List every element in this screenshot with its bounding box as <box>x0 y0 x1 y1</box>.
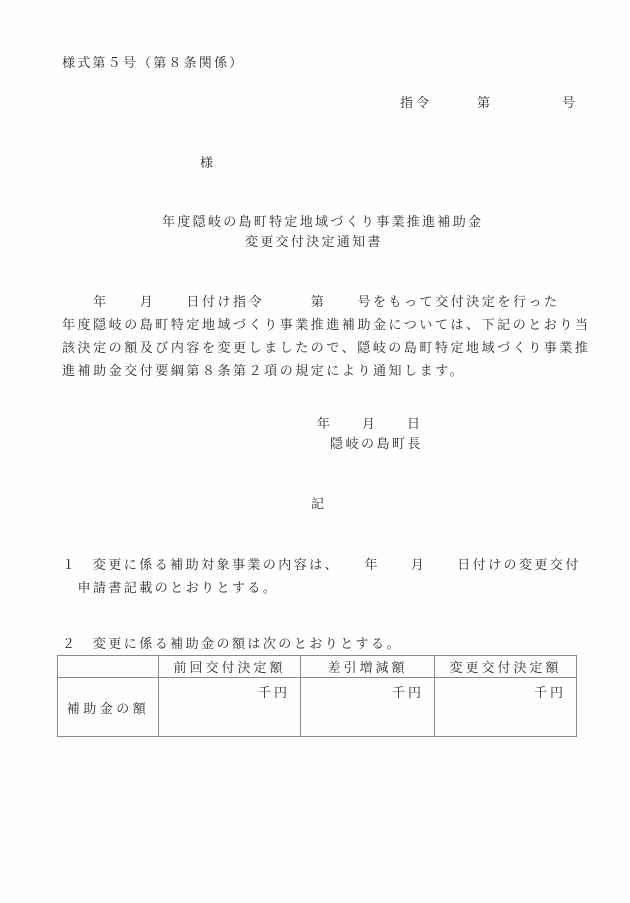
row-label-subsidy-amount: 補助金の額 <box>58 678 159 737</box>
body-line-3: 該決定の額及び内容を変更しましたので、隠岐の島町特定地域づくり事業推 <box>62 337 582 360</box>
date-year: 年 <box>317 418 330 431</box>
cell-changed-amount: 千円 <box>435 678 577 737</box>
directive-go: 号 <box>562 97 575 110</box>
table-row: 補助金の額 千円 千円 千円 <box>58 678 577 737</box>
ki-heading: 記 <box>311 498 324 511</box>
title-line-1: 年度隠岐の島町特定地域づくり事業推進補助金 <box>162 216 483 229</box>
body-line-4: 進補助金交付要綱第８条第２項の規定により通知します。 <box>62 360 582 383</box>
item-1-line-2: 申請書記載のとおりとする。 <box>62 577 582 600</box>
table-header-blank <box>58 656 159 678</box>
date-month: 月 <box>362 418 375 431</box>
table-header-previous-amount: 前回交付決定額 <box>159 656 301 678</box>
addressee-suffix: 様 <box>200 157 213 170</box>
body-line-2: 年度隠岐の島町特定地域づくり事業推進補助金については、下記のとおり当 <box>62 314 582 337</box>
issuer: 隠岐の島町長 <box>330 438 423 451</box>
item-2-heading: ２ 変更に係る補助金の額は次のとおりとする。 <box>62 638 402 651</box>
item-1-line-1: １ 変更に係る補助対象事業の内容は、 年 月 日付けの変更交付 <box>62 554 582 577</box>
directive-prefix: 指令 <box>400 97 432 110</box>
form-label: 様式第５号（第８条関係） <box>62 57 244 70</box>
date-day: 日 <box>407 418 420 431</box>
table-header-row: 前回交付決定額 差引増減額 変更交付決定額 <box>58 656 577 678</box>
body-line-1: 年 月 日付け指令 第 号をもって交付決定を行った <box>62 291 582 314</box>
subsidy-amount-table: 前回交付決定額 差引増減額 変更交付決定額 補助金の額 千円 千円 千円 <box>57 655 577 737</box>
cell-previous-amount: 千円 <box>159 678 301 737</box>
body-paragraph: 年 月 日付け指令 第 号をもって交付決定を行った 年度隠岐の島町特定地域づくり… <box>62 291 582 383</box>
cell-difference: 千円 <box>301 678 435 737</box>
directive-dai: 第 <box>477 97 490 110</box>
item-1: １ 変更に係る補助対象事業の内容は、 年 月 日付けの変更交付 申請書記載のとお… <box>62 554 582 600</box>
table-header-difference: 差引増減額 <box>301 656 435 678</box>
table-header-changed-amount: 変更交付決定額 <box>435 656 577 678</box>
title-line-2: 変更交付決定通知書 <box>245 236 383 249</box>
